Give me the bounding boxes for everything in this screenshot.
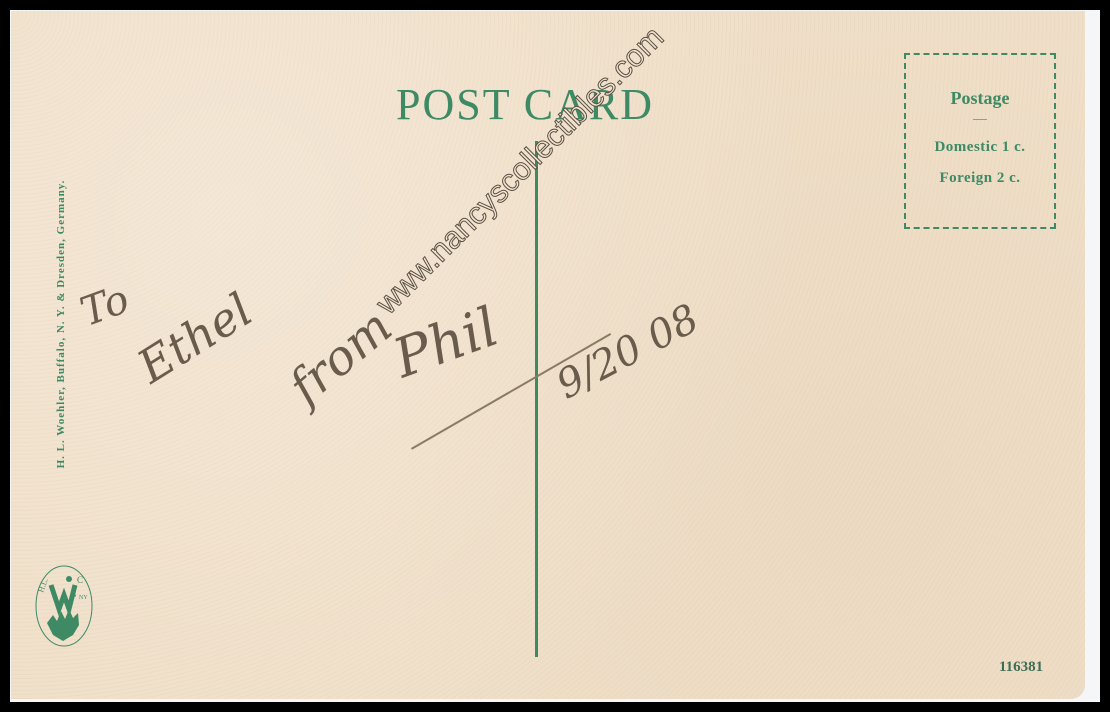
svg-text:H.L.: H.L.: [36, 577, 49, 594]
domestic-rate: Domestic 1 c.: [906, 132, 1054, 163]
handwritten-from: from: [278, 299, 402, 416]
svg-text:B: B: [71, 590, 76, 599]
svg-text:NY: NY: [79, 595, 88, 601]
handwritten-date: 9/20 08: [549, 296, 706, 409]
postage-heading: Postage: [906, 88, 1054, 109]
foreign-rate: Foreign 2 c.: [906, 163, 1054, 194]
handwritten-to: To: [75, 276, 136, 336]
postcard-back: POST CARD Postage Domestic 1 c. Foreign …: [11, 11, 1085, 699]
svg-text:C: C: [77, 575, 83, 585]
stamp-box: Postage Domestic 1 c. Foreign 2 c.: [904, 53, 1056, 229]
stamp-box-rule: [973, 119, 987, 120]
publisher-imprint: H. L. Woehler, Buffalo, N. Y. & Dresden,…: [55, 119, 71, 529]
handwritten-recipient: Ethel: [128, 282, 261, 393]
serial-number: 116381: [999, 659, 1043, 676]
address-divider-line: [535, 141, 538, 657]
watermark-text: www.nancyscollectibles.com: [369, 19, 671, 321]
publisher-monogram-logo-icon: H.L. C B NY: [33, 563, 95, 649]
